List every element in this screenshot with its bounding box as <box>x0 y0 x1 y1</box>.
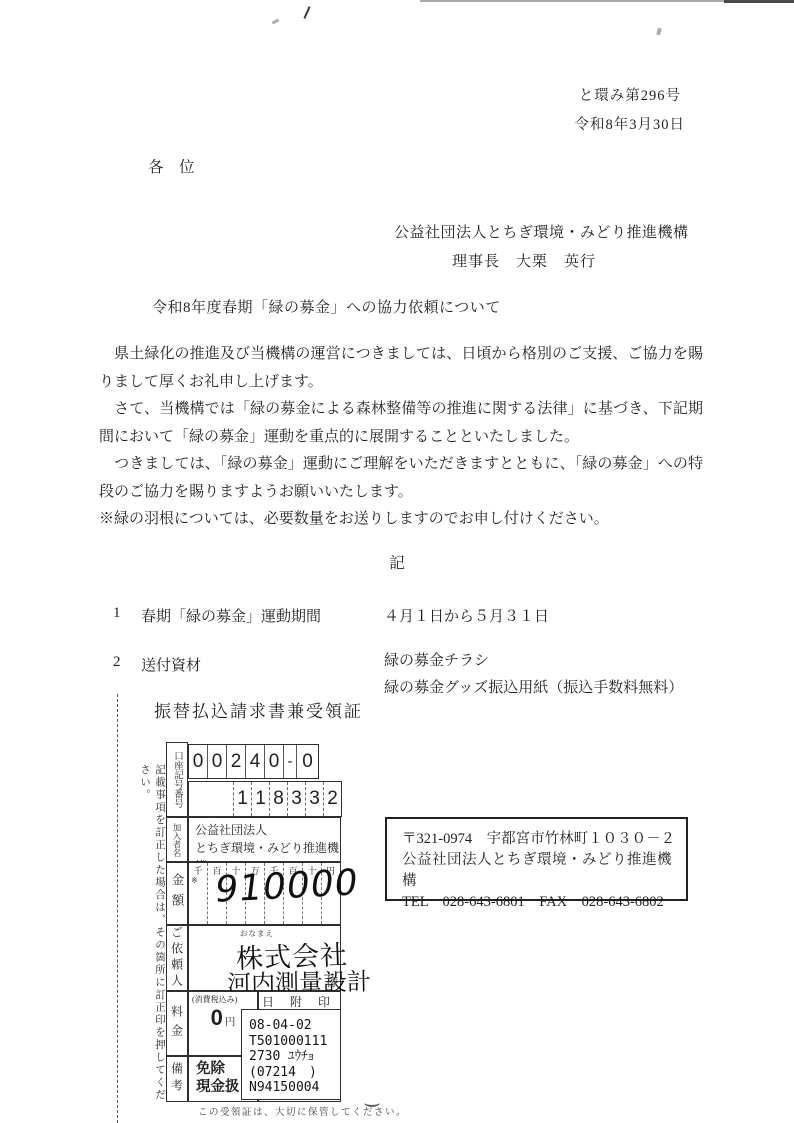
contact-org-line: 公益社団法人とちぎ環境・みどり推進機構 <box>402 848 686 890</box>
amount-column: 千 <box>189 863 208 924</box>
account-number-label: 口座記号番号 <box>166 742 188 817</box>
remarks-label: 備考 <box>166 1056 188 1102</box>
payee-cell: 公益社団法人 とちぎ環境・みどり推進機構 <box>188 817 341 862</box>
item2-label: 送付資材 <box>141 654 201 675</box>
item2-value-line2: 緑の募金グッズ振込用紙（振込手数料無料） <box>384 676 683 697</box>
paragraph-1: 県土緑化の推進及び当機構の運営につきましては、日頃から格別のご支援、ご協力を賜り… <box>99 341 703 396</box>
scan-artifact-topline <box>420 0 794 2</box>
feather-note: ※緑の羽根については、必要数量をお送りしますのでお申し付けください。 <box>99 507 609 528</box>
account-digit: 8 <box>270 782 288 816</box>
payee-label: 加入者名 <box>166 817 188 862</box>
stamp-line-code1: T501000111 <box>249 1034 340 1050</box>
account-digit: 4 <box>246 745 265 778</box>
account-digit: 3 <box>306 782 324 816</box>
item2-number: 2 <box>113 654 121 671</box>
sender-person: 理事長 大栗 英行 <box>452 250 596 271</box>
record-heading: 記 <box>0 551 794 573</box>
scan-artifact-topline-dark <box>724 0 794 3</box>
item1-label: 春期「緑の募金」運動期間 <box>141 605 321 626</box>
account-digit: 0 <box>208 745 227 778</box>
account-digit: 0 <box>265 745 284 778</box>
paragraph-2: さて、当機構では「緑の募金による森林整備等の推進に関する法律」に基づき、下記期間… <box>99 396 703 451</box>
scan-artifact-smudge <box>272 19 280 25</box>
account-digit: 1 <box>234 782 252 816</box>
amount-handwritten: 910000 <box>213 862 361 911</box>
account-digits-row2: 1 1 8 3 3 2 <box>188 781 342 817</box>
slip-side-note: 記載事項を訂正した場合は、その箇所に訂正印を押してください。 <box>137 764 167 1110</box>
item1-value: ４月１日から５月３１日 <box>384 605 549 626</box>
account-digit: 2 <box>227 745 246 778</box>
payee-name-line1: 公益社団法人 <box>195 821 340 839</box>
perforation-line <box>117 694 118 1123</box>
amount-note-mark: ※ <box>191 876 198 885</box>
contact-box: 〒321-0974 宇都宮市竹林町１０３０－２ 公益社団法人とちぎ環境・みどり推… <box>385 817 688 901</box>
document-date: 令和8年3月30日 <box>575 113 686 134</box>
stamp-line-date: 08-04-02 <box>249 1018 340 1034</box>
document-ref-number: と環み第296号 <box>579 84 681 105</box>
scan-artifact-slash <box>303 6 310 19</box>
account-digit: 3 <box>288 782 306 816</box>
contact-address-line: 〒321-0974 宇都宮市竹林町１０３０－２ <box>402 827 686 848</box>
fee-unit: 円 <box>225 1014 236 1029</box>
item1-number: 1 <box>113 605 121 622</box>
slip-title: 振替払込請求書兼受領証 <box>154 697 363 722</box>
paragraph-3: つきましては、「緑の募金」運動にご理解をいただきますとともに、「緑の募金」への特… <box>99 451 703 506</box>
slip-bottom-note: この受領証は、大切に保管してください。 <box>198 1104 407 1118</box>
stamp-line-code3: (07214 ) <box>249 1065 340 1081</box>
stamp-line-code4: N94150004 <box>249 1080 340 1096</box>
datestamp-box: 08-04-02 T501000111 2730 ﾕｳﾁｮ (07214 ) N… <box>241 1009 341 1100</box>
fee-value: 0 <box>211 1005 223 1031</box>
addressee: 各 位 <box>148 155 195 177</box>
account-digit: 0 <box>189 745 208 778</box>
account-digit: 2 <box>324 782 341 816</box>
client-label: ご依頼人 <box>166 925 188 991</box>
contact-tel-fax-line: TEL 028-643-6801 FAX 028-643-6802 <box>402 890 686 911</box>
client-honorific: 様 <box>326 972 339 990</box>
item2-value-line1: 緑の募金チラシ <box>384 649 489 670</box>
account-digit: 1 <box>252 782 270 816</box>
account-hyphen: - <box>284 745 297 778</box>
datestamp-label: 日 附 印 <box>262 993 340 1010</box>
account-row2-blank <box>189 782 234 816</box>
fee-tax-note: (消費税込み) <box>189 992 257 1005</box>
document-title: 令和8年度春期「緑の募金」への協力依頼について <box>152 296 501 317</box>
scanned-document-page: と環み第296号 令和8年3月30日 各 位 公益社団法人とちぎ環境・みどり推進… <box>0 0 794 1123</box>
fee-label: 料金 <box>166 991 188 1056</box>
account-check-digit: 0 <box>297 745 318 778</box>
scan-artifact-tick <box>656 28 662 36</box>
stamp-line-code2: 2730 ﾕｳﾁｮ <box>249 1049 340 1065</box>
account-digits-row1: 0 0 2 4 0 - 0 <box>188 744 319 779</box>
amount-label: 金額 <box>166 862 188 925</box>
letter-body: 県土緑化の推進及び当機構の運営につきましては、日頃から格別のご支援、ご協力を賜り… <box>99 341 703 506</box>
sender-organization: 公益社団法人とちぎ環境・みどり推進機構 <box>394 221 689 242</box>
